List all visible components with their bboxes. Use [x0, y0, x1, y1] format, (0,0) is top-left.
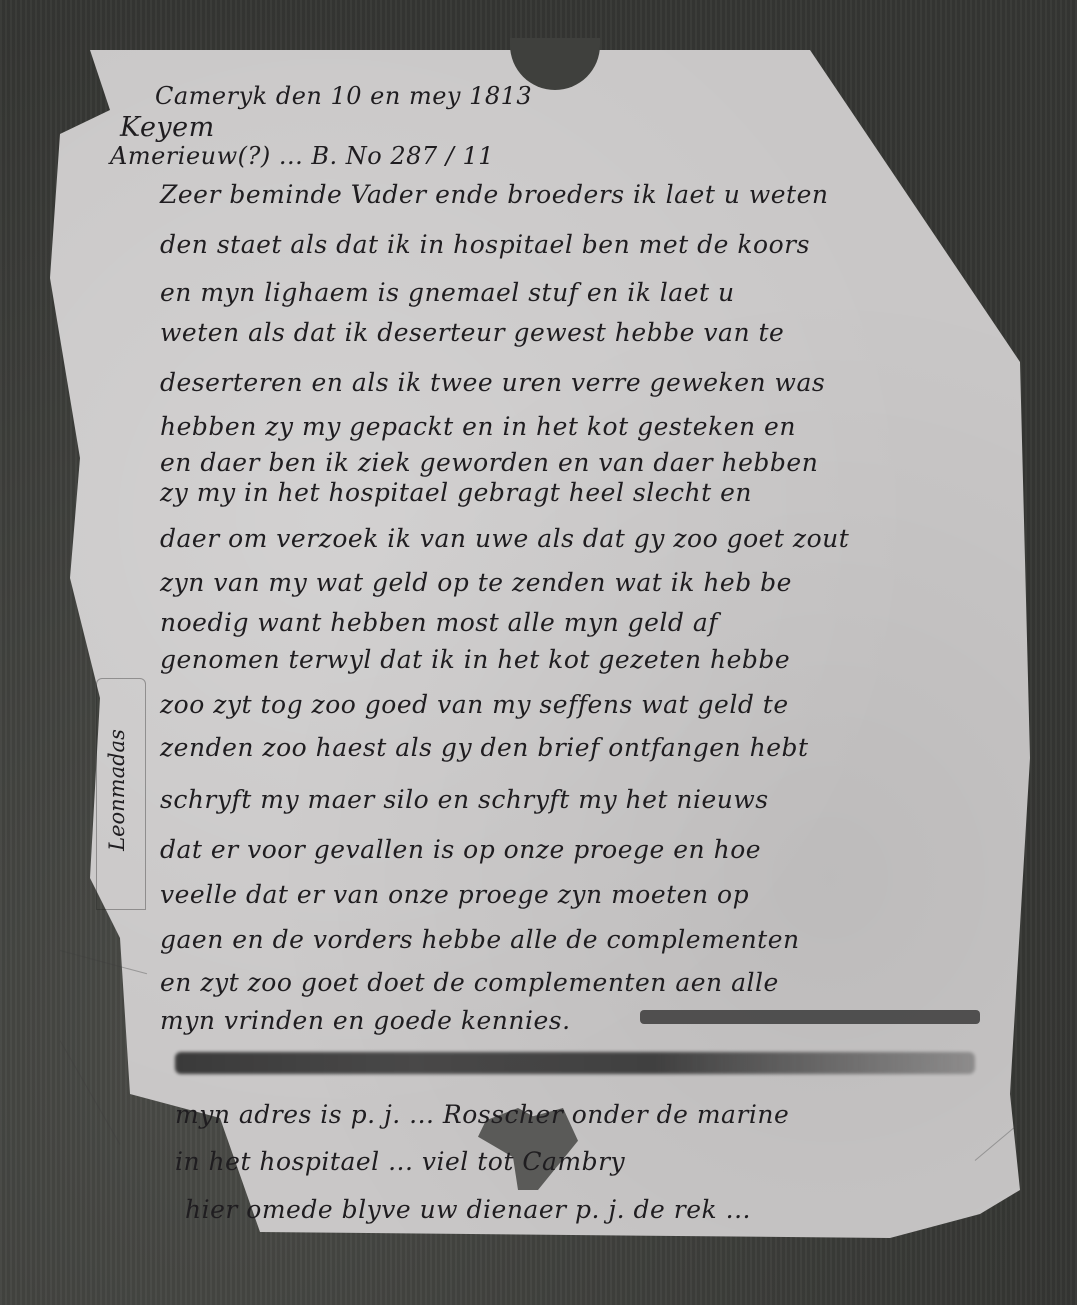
crossed-out-text — [640, 1010, 980, 1024]
crossed-out-text — [175, 1052, 975, 1074]
body-line: zy my in het hospitael gebragt heel slec… — [160, 478, 752, 507]
header-recipient: Keyem — [120, 112, 215, 143]
body-line: zyn van my wat geld op te zenden wat ik … — [160, 568, 792, 597]
address-line: myn adres is p. j. ... Rosscher onder de… — [175, 1100, 789, 1129]
header-place-date: Cameryk den 10 en mey 1813 — [155, 82, 532, 110]
body-line: veelle dat er van onze proege zyn moeten… — [160, 880, 749, 909]
address-line: in het hospitael ... viel tot Cambry — [175, 1147, 625, 1176]
body-line: en myn lighaem is gnemael stuf en ik lae… — [160, 278, 735, 307]
margin-note: Leonmadas — [97, 690, 137, 890]
body-line: en daer ben ik ziek geworden en van daer… — [160, 448, 818, 477]
body-line: en zyt zoo goet doet de complementen aen… — [160, 968, 779, 997]
fold-line — [60, 1040, 121, 1144]
body-line: hebben zy my gepackt en in het kot geste… — [160, 412, 796, 441]
body-line: Zeer beminde Vader ende broeders ik laet… — [160, 180, 829, 209]
body-line: weten als dat ik deserteur gewest hebbe … — [160, 318, 784, 347]
margin-note-text: Leonmadas — [105, 729, 129, 851]
body-line: noedig want hebben most alle myn geld af — [160, 608, 718, 637]
body-line: den staet als dat ik in hospitael ben me… — [160, 230, 810, 259]
body-line: dat er voor gevallen is op onze proege e… — [160, 835, 761, 864]
body-line: myn vrinden en goede kennies. — [160, 1006, 571, 1035]
body-line: genomen terwyl dat ik in het kot gezeten… — [160, 645, 790, 674]
header-reference: Amerieuw(?) ... B. No 287 / 11 — [110, 142, 494, 170]
body-line: daer om verzoek ik van uwe als dat gy zo… — [160, 524, 849, 553]
address-line: hier omede blyve uw dienaer p. j. de rek… — [185, 1195, 751, 1224]
body-line: zenden zoo haest als gy den brief ontfan… — [160, 733, 809, 762]
body-line: zoo zyt tog zoo goed van my seffens wat … — [160, 690, 789, 719]
body-line: deserteren en als ik twee uren verre gew… — [160, 368, 825, 397]
body-line: gaen en de vorders hebbe alle de complem… — [160, 925, 800, 954]
body-line: schryft my maer silo en schryft my het n… — [160, 785, 769, 814]
